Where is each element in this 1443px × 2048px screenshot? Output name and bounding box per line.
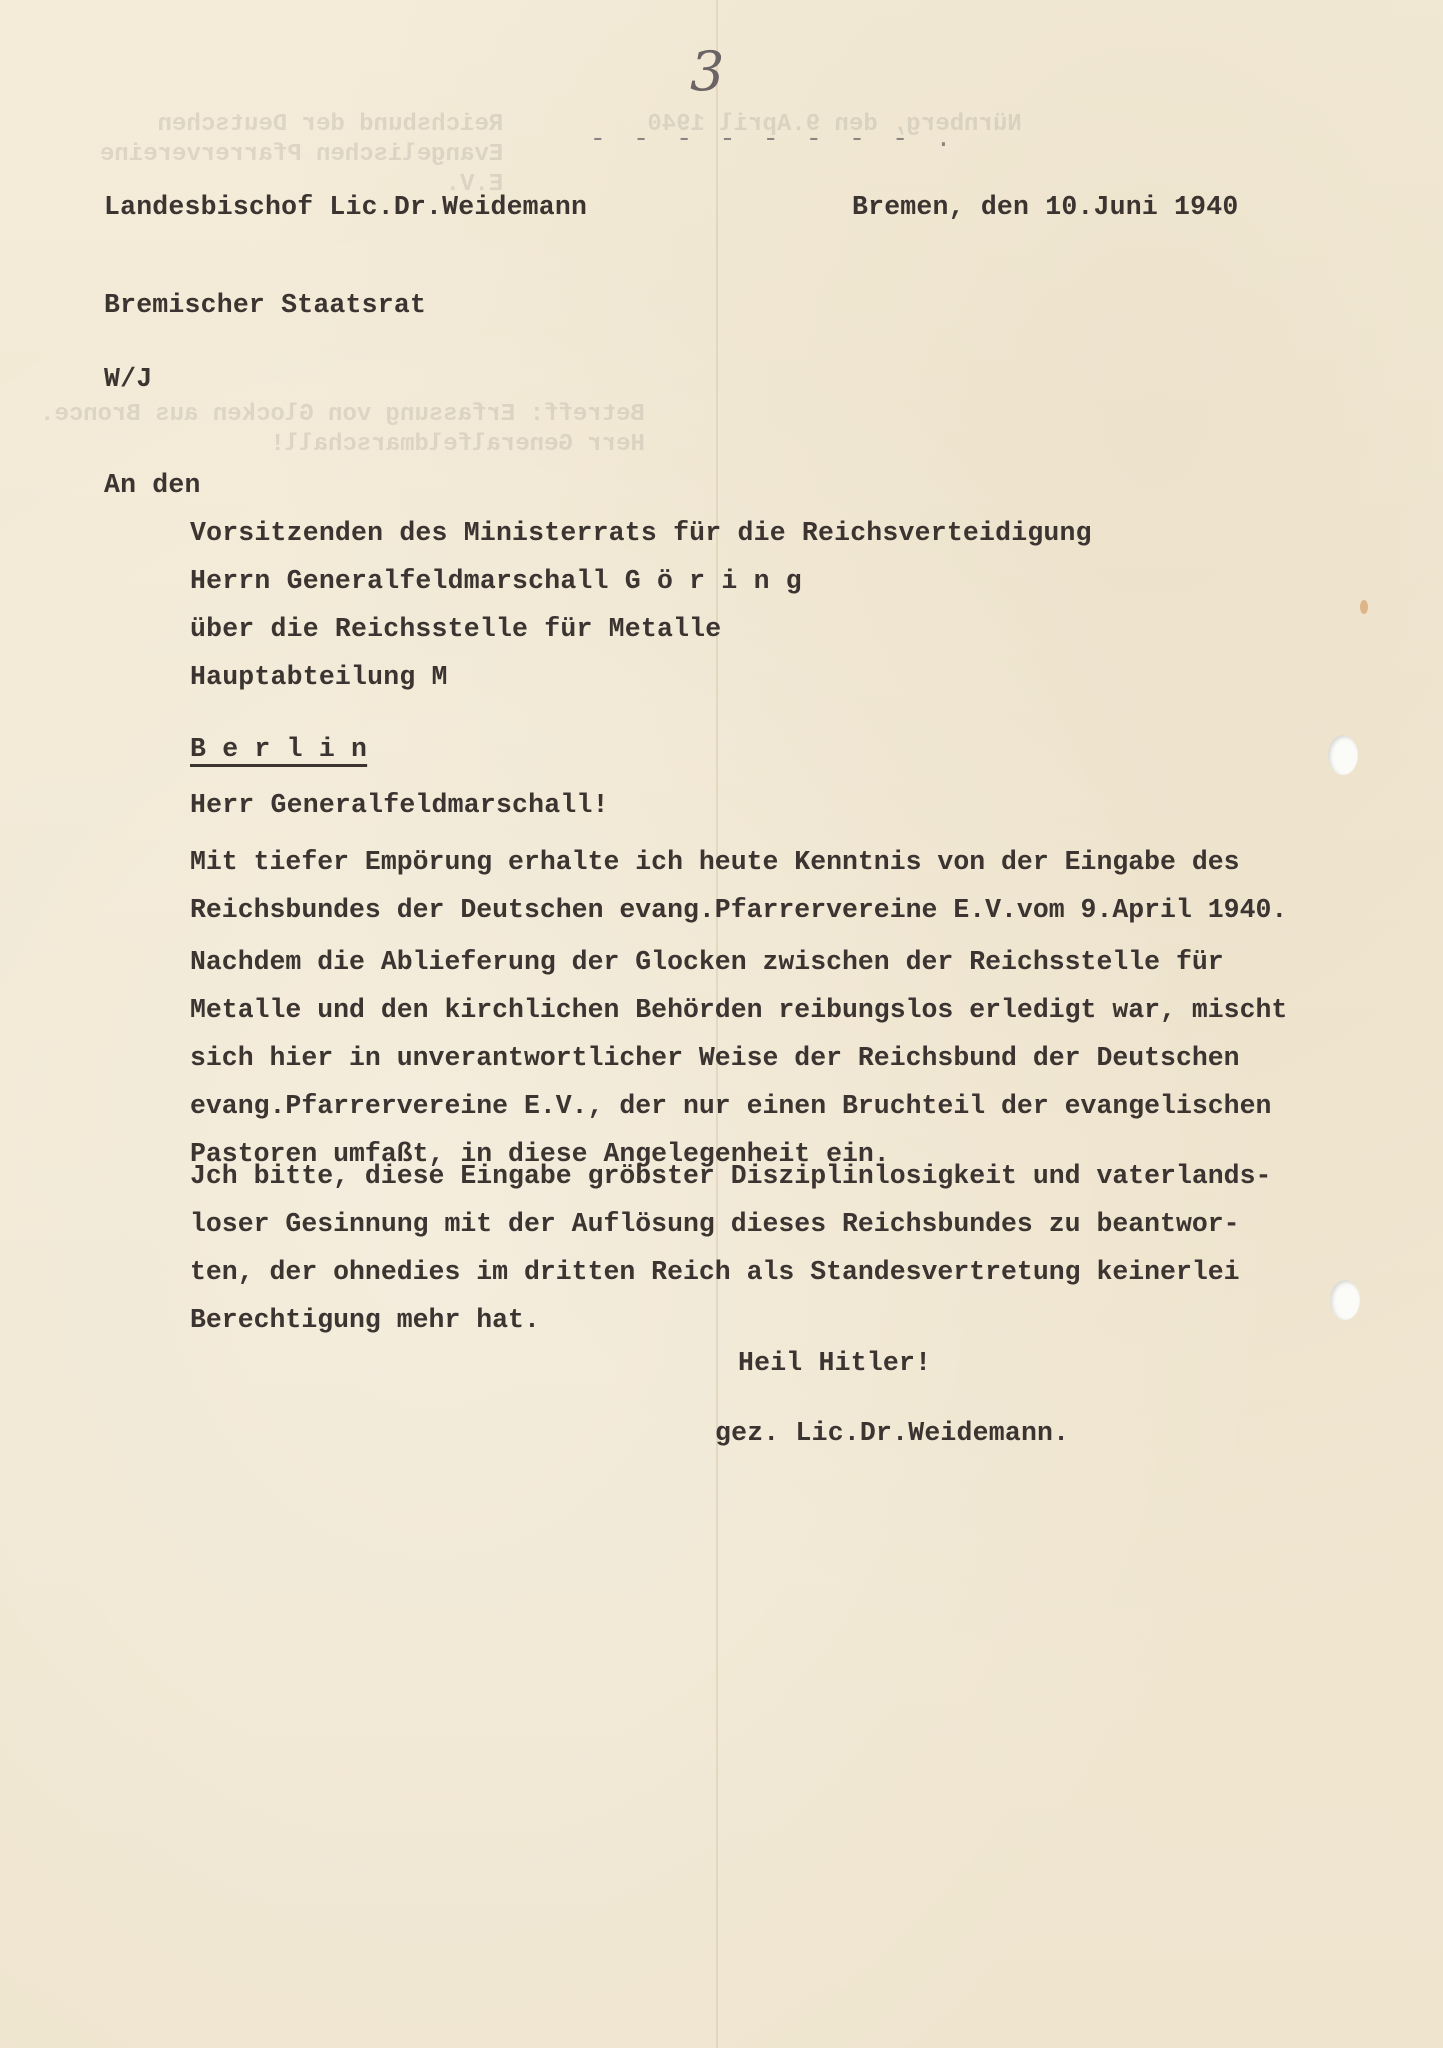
signature-line: gez. Lic.Dr.Weidemann. xyxy=(715,1418,1069,1448)
punch-hole xyxy=(1328,735,1358,775)
sender-title: Bremischer Staatsrat xyxy=(104,290,426,320)
document-page: Nürnberg, den 9.April 1940 Reichsbund de… xyxy=(0,0,1443,2048)
paper-stain xyxy=(1360,600,1368,614)
body-paragraph: Mit tiefer Empörung erhalte ich heute Ke… xyxy=(190,838,1287,934)
recipient-line: Hauptabteilung M xyxy=(190,662,448,692)
sender-name: Landesbischof Lic.Dr.Weidemann xyxy=(104,192,587,222)
recipient-line: über die Reichsstelle für Metalle xyxy=(190,614,721,644)
punch-hole xyxy=(1330,1280,1360,1320)
date-line: Bremen, den 10.Juni 1940 xyxy=(852,192,1238,222)
body-paragraph: Nachdem die Ablieferung der Glocken zwis… xyxy=(190,938,1287,1178)
recipient-intro: An den xyxy=(104,470,201,500)
recipient-line: Herrn Generalfeldmarschall G ö r i n g xyxy=(190,566,802,596)
recipient-city: B e r l i n xyxy=(190,734,367,764)
handwritten-page-number: 3 xyxy=(690,40,724,103)
show-through-body: Betreff: Erfassung von Glocken aus Bronc… xyxy=(40,400,645,460)
separator-line: - - - - - - - - . xyxy=(590,124,957,154)
reference-code: W/J xyxy=(104,364,152,394)
recipient-line: Vorsitzenden des Ministerrats für die Re… xyxy=(190,518,1092,548)
closing-salutation: Heil Hitler! xyxy=(738,1348,931,1378)
body-paragraph: Jch bitte, diese Eingabe gröbster Diszip… xyxy=(190,1152,1271,1344)
letter-greeting: Herr Generalfeldmarschall! xyxy=(190,790,609,820)
